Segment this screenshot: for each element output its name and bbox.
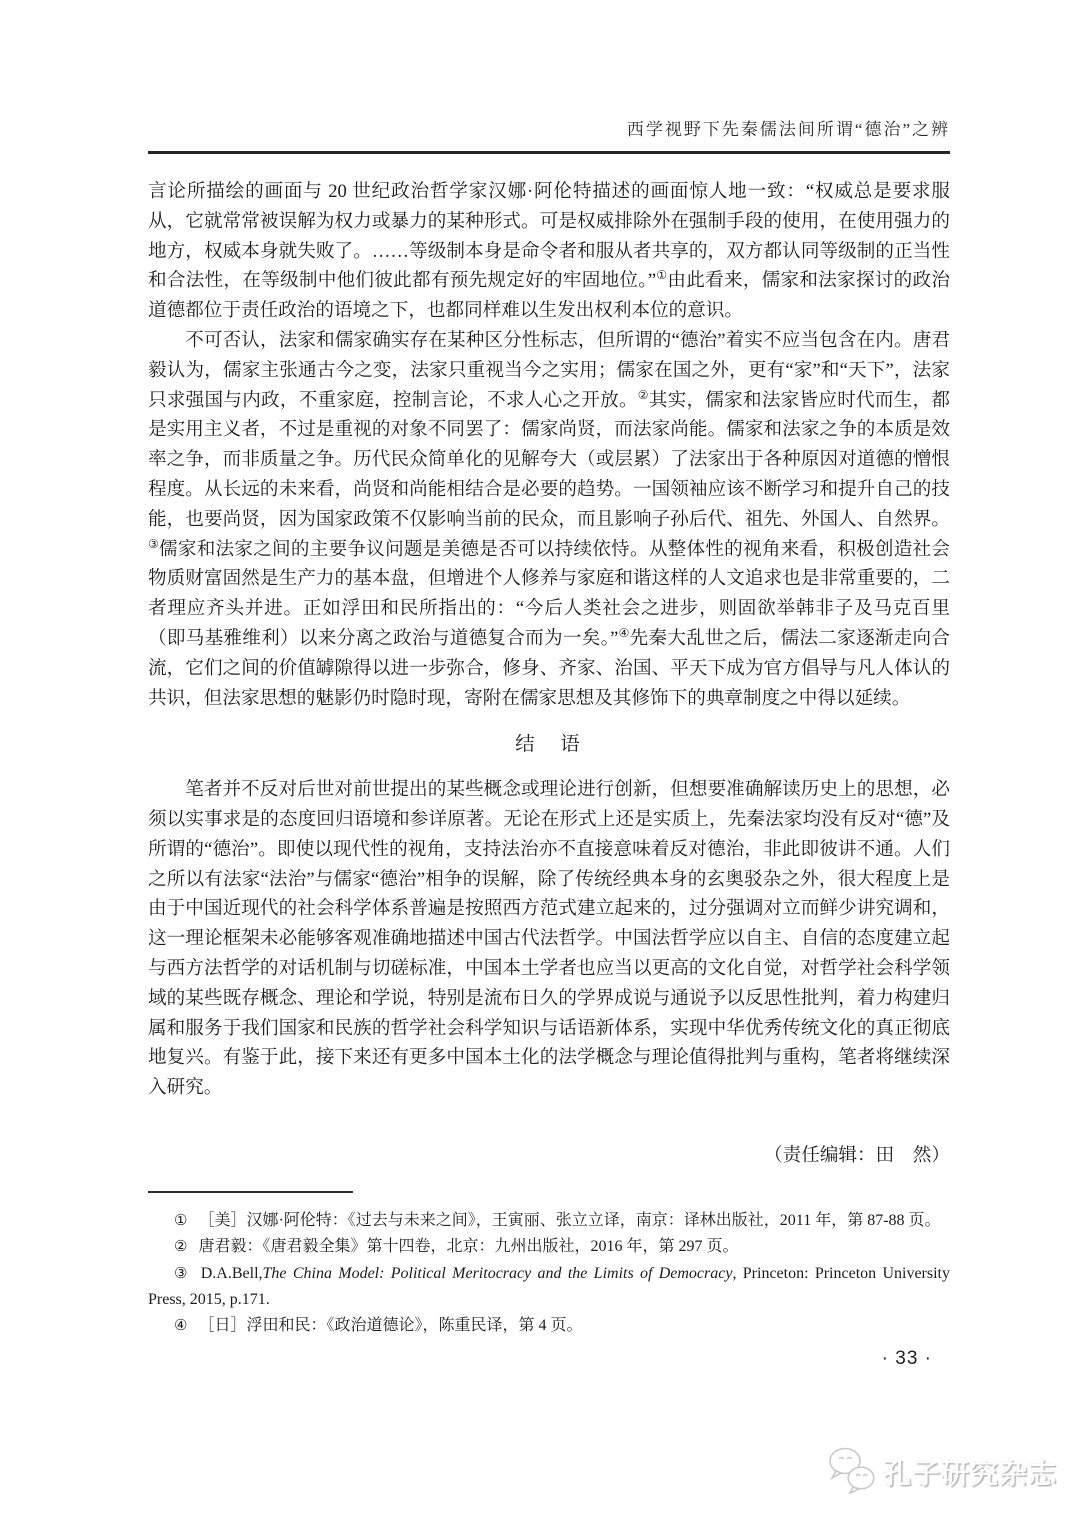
footnote-item: ④［日］浮田和民：《政治道德论》，陈重民译，第 4 页。 bbox=[148, 1313, 950, 1340]
wechat-chat-bubbles-icon bbox=[826, 1446, 878, 1498]
watermark: 孔子研究杂志 bbox=[826, 1446, 1057, 1498]
paragraph: 不可否认，法家和儒家确实存在某种区分性标志，但所谓的“德治”着实不应当包含在内。… bbox=[148, 326, 950, 713]
footnote-divider bbox=[148, 1191, 353, 1193]
journal-page: 西学视野下先秦儒法间所谓“德治”之辨 言论所描绘的画面与 20 世纪政治哲学家汉… bbox=[0, 0, 1080, 1526]
footnote-marker: ② bbox=[174, 1239, 187, 1255]
footnote-text: ［日］浮田和民：《政治道德论》，陈重民译，第 4 页。 bbox=[198, 1317, 582, 1334]
header-rule bbox=[148, 151, 950, 154]
footnote-text: D.A.Bell, bbox=[201, 1265, 263, 1282]
footnote-marker: ④ bbox=[174, 1318, 187, 1334]
section-heading: 结 语 bbox=[148, 730, 950, 760]
page-content: 西学视野下先秦儒法间所谓“德治”之辨 言论所描绘的画面与 20 世纪政治哲学家汉… bbox=[0, 0, 1080, 1370]
paragraph-continuation: 言论所描绘的画面与 20 世纪政治哲学家汉娜·阿伦特描述的画面惊人地一致：“权威… bbox=[148, 177, 950, 326]
footnote-item: ②唐君毅：《唐君毅全集》第十四卷，北京：九州出版社，2016 年，第 297 页… bbox=[148, 1234, 950, 1261]
footnote-item: ①［美］汉娜·阿伦特：《过去与未来之间》，王寅丽、张立立译，南京：译林出版社，2… bbox=[148, 1208, 950, 1235]
footnote-marker: ③ bbox=[174, 1266, 190, 1282]
watermark-text: 孔子研究杂志 bbox=[883, 1452, 1057, 1492]
footnote-marker: ① bbox=[174, 1213, 187, 1229]
footnote-item: ③D.A.Bell,The China Model: Political Mer… bbox=[148, 1261, 950, 1313]
footnote-book-title: The China Model: Political Meritocracy a… bbox=[263, 1265, 733, 1282]
article-body: 言论所描绘的画面与 20 世纪政治哲学家汉娜·阿伦特描述的画面惊人地一致：“权威… bbox=[148, 177, 950, 1171]
editor-note: （责任编辑：田 然） bbox=[148, 1141, 950, 1171]
running-title: 西学视野下先秦儒法间所谓“德治”之辨 bbox=[627, 120, 950, 139]
footnote-text: 唐君毅：《唐君毅全集》第十四卷，北京：九州出版社，2016 年，第 297 页。 bbox=[198, 1238, 738, 1255]
running-head: 西学视野下先秦儒法间所谓“德治”之辨 bbox=[148, 118, 950, 142]
footnotes: ①［美］汉娜·阿伦特：《过去与未来之间》，王寅丽、张立立译，南京：译林出版社，2… bbox=[148, 1208, 950, 1340]
paragraph: 笔者并不反对后世对前世提出的某些概念或理论进行创新，但想要准确解读历史上的思想，… bbox=[148, 775, 950, 1103]
page-number: · 33 · bbox=[148, 1348, 950, 1370]
footnote-text: ［美］汉娜·阿伦特：《过去与未来之间》，王寅丽、张立立译，南京：译林出版社，20… bbox=[198, 1212, 940, 1229]
